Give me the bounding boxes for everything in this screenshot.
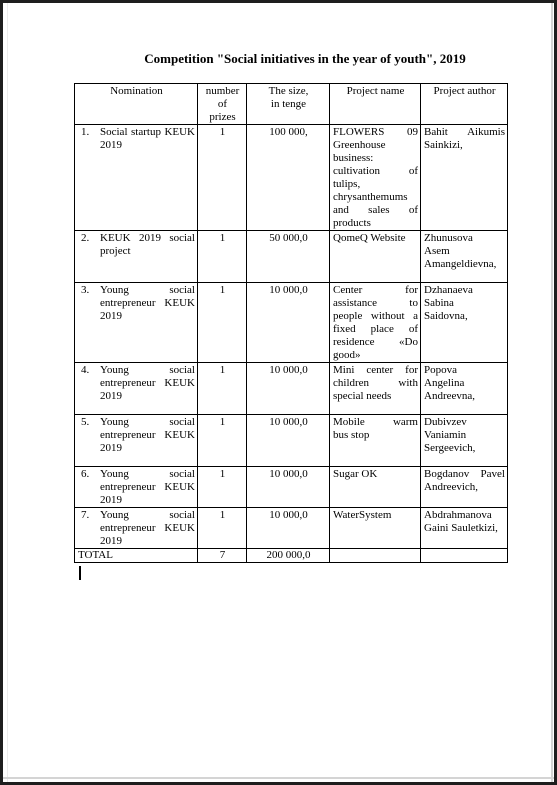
table-row: 1.Social startup KEUK 20191100 000,FLOWE… xyxy=(75,125,508,231)
cell-nomination: 5.Young social entrepreneur KEUK 2019 xyxy=(75,415,198,467)
cell-project-name: FLOWERS 09Greenhousebusiness:cultivation… xyxy=(330,125,421,231)
project-name-line: Mini center for xyxy=(333,364,418,377)
cell-nomination: 1.Social startup KEUK 2019 xyxy=(75,125,198,231)
author-line: Amangeldievna, xyxy=(424,258,505,271)
cell-size: 50 000,0 xyxy=(247,231,330,283)
table-row: 6.Young social entrepreneur KEUK 2019110… xyxy=(75,467,508,508)
row-number: 2. xyxy=(78,232,100,258)
project-name-line: good» xyxy=(333,349,418,362)
nomination-text: KEUK 2019 social project xyxy=(100,232,195,258)
header-number-of-prizes: number of prizes xyxy=(198,84,247,125)
author-line: Sergeevich, xyxy=(424,442,505,455)
row-number: 4. xyxy=(78,364,100,403)
cell-prizes: 1 xyxy=(198,467,247,508)
row-number: 1. xyxy=(78,126,100,152)
project-name-line: cultivation of xyxy=(333,165,418,178)
cell-project-author: DzhanaevaSabinaSaidovna, xyxy=(421,283,508,363)
project-name-line: special needs xyxy=(333,390,418,403)
table-total-row: TOTAL 7 200 000,0 xyxy=(75,549,508,563)
cell-prizes: 1 xyxy=(198,415,247,467)
project-name-line: Mobile warm xyxy=(333,416,418,429)
total-prizes: 7 xyxy=(198,549,247,563)
cell-size: 10 000,0 xyxy=(247,363,330,415)
text-cursor xyxy=(79,566,81,580)
nomination-text: Young social entrepreneur KEUK 2019 xyxy=(100,468,195,507)
author-line: Andreevich, xyxy=(424,481,505,494)
nomination-text: Young social entrepreneur KEUK 2019 xyxy=(100,509,195,548)
project-name-line: Sugar OK xyxy=(333,468,418,481)
total-project-name xyxy=(330,549,421,563)
total-label: TOTAL xyxy=(75,549,198,563)
cell-project-name: Center forassistance topeople without af… xyxy=(330,283,421,363)
document-title: Competition "Social initiatives in the y… xyxy=(0,51,557,67)
project-name-line: Center for xyxy=(333,284,418,297)
author-line: Bogdanov Pavel xyxy=(424,468,505,481)
cell-size: 10 000,0 xyxy=(247,508,330,549)
project-name-line: fixed place of xyxy=(333,323,418,336)
author-line: Angelina xyxy=(424,377,505,390)
cell-project-name: Mobile warmbus stop xyxy=(330,415,421,467)
nomination-text: Young social entrepreneur KEUK 2019 xyxy=(100,364,195,403)
author-line: Dzhanaeva xyxy=(424,284,505,297)
header-project-name: Project name xyxy=(330,84,421,125)
author-line: Vaniamin xyxy=(424,429,505,442)
cell-project-author: Bogdanov PavelAndreevich, xyxy=(421,467,508,508)
table-header-row: Nomination number of prizes The size, in… xyxy=(75,84,508,125)
author-line: Sainkizi, xyxy=(424,139,505,152)
project-name-line: assistance to xyxy=(333,297,418,310)
author-line: Dubivzev xyxy=(424,416,505,429)
cell-size: 10 000,0 xyxy=(247,467,330,508)
author-line: Zhunusova xyxy=(424,232,505,245)
total-project-author xyxy=(421,549,508,563)
cell-project-author: AbdrahmanovaGaini Sauletkizi, xyxy=(421,508,508,549)
cell-project-author: PopovaAngelinaAndreevna, xyxy=(421,363,508,415)
nomination-text: Young social entrepreneur KEUK 2019 xyxy=(100,284,195,323)
cell-project-name: Mini center forchildren withspecial need… xyxy=(330,363,421,415)
cell-size: 100 000, xyxy=(247,125,330,231)
cell-project-author: Bahit AikumisSainkizi, xyxy=(421,125,508,231)
project-name-line: business: xyxy=(333,152,418,165)
header-nomination: Nomination xyxy=(75,84,198,125)
author-line: Saidovna, xyxy=(424,310,505,323)
row-number: 7. xyxy=(78,509,100,548)
cell-nomination: 3.Young social entrepreneur KEUK 2019 xyxy=(75,283,198,363)
cell-size: 10 000,0 xyxy=(247,415,330,467)
author-line: Bahit Aikumis xyxy=(424,126,505,139)
total-size: 200 000,0 xyxy=(247,549,330,563)
project-name-line: WaterSystem xyxy=(333,509,418,522)
cell-nomination: 4.Young social entrepreneur KEUK 2019 xyxy=(75,363,198,415)
header-project-author: Project author xyxy=(421,84,508,125)
table-row: 3.Young social entrepreneur KEUK 2019110… xyxy=(75,283,508,363)
project-name-line: QomeQ Website xyxy=(333,232,418,245)
author-line: Sabina xyxy=(424,297,505,310)
nomination-text: Social startup KEUK 2019 xyxy=(100,126,195,152)
cell-nomination: 6.Young social entrepreneur KEUK 2019 xyxy=(75,467,198,508)
header-size: The size, in tenge xyxy=(247,84,330,125)
cell-size: 10 000,0 xyxy=(247,283,330,363)
author-line: Andreevna, xyxy=(424,390,505,403)
project-name-line: products xyxy=(333,217,418,230)
page-shadow xyxy=(3,777,554,779)
cell-project-author: ZhunusovaAsemAmangeldievna, xyxy=(421,231,508,283)
author-line: Popova xyxy=(424,364,505,377)
project-name-line: Greenhouse xyxy=(333,139,418,152)
row-number: 6. xyxy=(78,468,100,507)
cell-prizes: 1 xyxy=(198,125,247,231)
project-name-line: children with xyxy=(333,377,418,390)
project-name-line: residence «Do xyxy=(333,336,418,349)
author-line: Gaini Sauletkizi, xyxy=(424,522,505,535)
cell-prizes: 1 xyxy=(198,508,247,549)
project-name-line: tulips, xyxy=(333,178,418,191)
project-name-line: bus stop xyxy=(333,429,418,442)
cell-project-name: QomeQ Website xyxy=(330,231,421,283)
cell-prizes: 1 xyxy=(198,231,247,283)
row-number: 5. xyxy=(78,416,100,455)
cell-prizes: 1 xyxy=(198,283,247,363)
author-line: Abdrahmanova xyxy=(424,509,505,522)
table-row: 5.Young social entrepreneur KEUK 2019110… xyxy=(75,415,508,467)
project-name-line: people without a xyxy=(333,310,418,323)
table-row: 2.KEUK 2019 social project150 000,0QomeQ… xyxy=(75,231,508,283)
cell-nomination: 2.KEUK 2019 social project xyxy=(75,231,198,283)
awards-table: Nomination number of prizes The size, in… xyxy=(74,83,508,563)
author-line: Asem xyxy=(424,245,505,258)
cell-project-name: WaterSystem xyxy=(330,508,421,549)
cell-project-name: Sugar OK xyxy=(330,467,421,508)
project-name-line: and sales of xyxy=(333,204,418,217)
nomination-text: Young social entrepreneur KEUK 2019 xyxy=(100,416,195,455)
project-name-line: FLOWERS 09 xyxy=(333,126,418,139)
row-number: 3. xyxy=(78,284,100,323)
project-name-line: chrysanthemums xyxy=(333,191,418,204)
table-row: 7.Young social entrepreneur KEUK 2019110… xyxy=(75,508,508,549)
cell-project-author: DubivzevVaniaminSergeevich, xyxy=(421,415,508,467)
cell-prizes: 1 xyxy=(198,363,247,415)
table-row: 4.Young social entrepreneur KEUK 2019110… xyxy=(75,363,508,415)
cell-nomination: 7.Young social entrepreneur KEUK 2019 xyxy=(75,508,198,549)
